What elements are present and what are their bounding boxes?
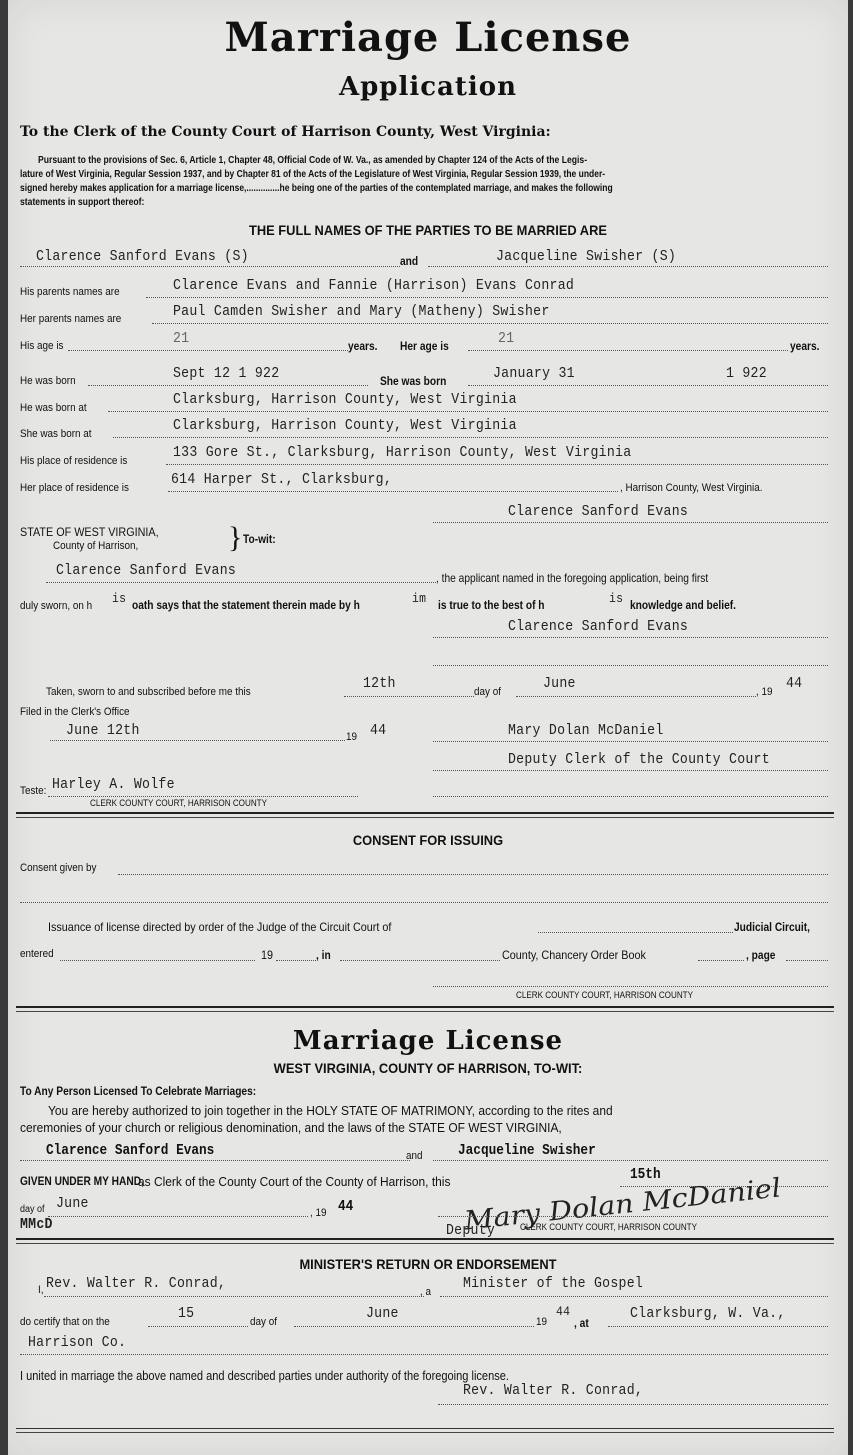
ceremony-place-2: Harrison Co. — [28, 1334, 126, 1351]
license-clerk-caption: CLERK COUNTY COURT, HARRISON COUNTY — [520, 1222, 697, 1232]
consent-given-field[interactable] — [118, 874, 828, 875]
document-title: Marriage License — [8, 14, 848, 61]
license-body-2: ceremonies of your church or religious d… — [20, 1120, 562, 1135]
sworn-text-b: oath says that the statement therein mad… — [132, 598, 360, 612]
consent-clerk-caption: CLERK COUNTY COURT, HARRISON COUNTY — [516, 990, 693, 1000]
taken-year-field[interactable]: 44 — [786, 675, 802, 692]
teste-name: Harley A. Wolfe — [52, 776, 175, 793]
in-label: , in — [316, 948, 331, 962]
page-label: , page — [746, 948, 775, 962]
teste-caption: CLERK COUNTY COURT, HARRISON COUNTY — [90, 798, 267, 808]
sworn-text-d: knowledge and belief. — [630, 598, 736, 612]
preamble-line-2: lature of West Virginia, Regular Session… — [20, 168, 605, 180]
united-text: I united in marriage the above named and… — [20, 1368, 509, 1383]
judicial-circuit-label: Judicial Circuit, — [734, 920, 810, 934]
entered-label: entered — [20, 948, 54, 960]
he-born-label: He was born — [20, 375, 76, 387]
license-and: and — [406, 1150, 423, 1162]
filed-year-prefix: 19 — [346, 731, 357, 743]
minister-name: Rev. Walter R. Conrad, — [46, 1275, 226, 1292]
filed-date-field[interactable]: June 12th — [66, 722, 140, 739]
teste-label: Teste: — [20, 785, 46, 797]
preamble-line-4: statements in support thereof: — [20, 196, 144, 208]
filed-label: Filed in the Clerk's Office — [20, 706, 130, 718]
certify-label: do certify that on the — [20, 1316, 110, 1328]
given-day: 15th — [630, 1166, 661, 1183]
bride-name-field[interactable]: Jacqueline Swisher (S) — [496, 248, 676, 265]
he-born-at-field[interactable]: Clarksburg, Harrison County, West Virgin… — [173, 391, 517, 408]
given-under-hand: GIVEN UNDER MY HAND, — [20, 1174, 144, 1188]
years-label-her: years. — [790, 339, 819, 353]
i-label: I, — [38, 1284, 44, 1296]
filed-year-field[interactable]: 44 — [370, 722, 386, 739]
her-residence-suffix: , Harrison County, West Virginia. — [620, 482, 763, 494]
his-residence-label: His place of residence is — [20, 455, 127, 467]
she-born-label: She was born — [380, 374, 446, 388]
she-born-at-label: She was born at — [20, 428, 92, 440]
he-born-field[interactable]: Sept 12 1 922 — [173, 365, 279, 382]
consent-given-label: Consent given by — [20, 862, 97, 874]
license-groom: Clarence Sanford Evans — [46, 1142, 214, 1159]
taken-year-prefix: , 19 — [756, 686, 773, 698]
oath-signature: Clarence Sanford Evans — [508, 618, 688, 635]
book-field[interactable] — [698, 960, 744, 961]
his-parents-field[interactable]: Clarence Evans and Fannie (Harrison) Eva… — [173, 277, 574, 294]
document-subtitle: Application — [8, 72, 848, 102]
preamble-line-1: Pursuant to the provisions of Sec. 6, Ar… — [38, 154, 587, 166]
sworn-text-c: is true to the best of h — [438, 598, 545, 612]
ceremony-year-prefix: 19 — [536, 1316, 547, 1328]
she-born-field[interactable]: January 31 — [493, 365, 575, 382]
divider — [16, 1428, 834, 1433]
license-title: Marriage License — [8, 1026, 848, 1056]
her-parents-field[interactable]: Paul Camden Swisher and Mary (Matheny) S… — [173, 303, 550, 320]
given-text: as Clerk of the County Court of the Coun… — [138, 1174, 450, 1189]
minister-title: Minister of the Gospel — [463, 1275, 643, 1292]
her-age-field[interactable]: 21 — [498, 330, 514, 347]
and-label: and — [400, 254, 418, 268]
at-label: , at — [574, 1316, 589, 1330]
a-label: , a — [420, 1286, 431, 1298]
state-label: STATE OF WEST VIRGINIA, — [20, 525, 159, 539]
names-heading: THE FULL NAMES OF THE PARTIES TO BE MARR… — [42, 222, 815, 238]
he-born-at-label: He was born at — [20, 402, 87, 414]
given-month: June — [56, 1195, 89, 1212]
divider — [16, 1238, 834, 1244]
license-bride: Jacqueline Swisher — [458, 1142, 596, 1159]
entered-date-field[interactable] — [60, 960, 255, 961]
taken-day-field[interactable]: 12th — [363, 675, 396, 692]
clerk-initials: MMcD — [20, 1216, 53, 1233]
applicant-text: , the applicant named in the foregoing a… — [436, 571, 708, 585]
groom-name-field[interactable]: Clarence Sanford Evans (S) — [36, 248, 249, 265]
page-field[interactable] — [786, 960, 828, 961]
given-year-prefix: , 19 — [310, 1207, 327, 1219]
years-label-his: years. — [348, 339, 377, 353]
ceremony-year: 44 — [556, 1304, 570, 1319]
day-of-label-2: day of — [20, 1204, 45, 1215]
brace-icon: } — [228, 521, 242, 555]
minister-heading: MINISTER'S RETURN OR ENDORSEMENT — [42, 1256, 815, 1272]
issuance-text: Issuance of license directed by order of… — [48, 920, 391, 934]
minister-signature: Rev. Walter R. Conrad, — [463, 1382, 643, 1399]
deputy-name: Mary Dolan McDaniel — [508, 722, 664, 739]
she-born-year-field[interactable]: 1 922 — [726, 365, 767, 382]
her-residence-field[interactable]: 614 Harper St., Clarksburg, — [171, 471, 392, 488]
ceremony-day: 15 — [178, 1305, 194, 1322]
his-her-1[interactable]: is — [112, 591, 126, 606]
her-parents-label: Her parents names are — [20, 313, 121, 325]
license-body-1: You are hereby authorized to join togeth… — [48, 1103, 613, 1118]
her-age-label: Her age is — [400, 339, 449, 353]
his-age-label: His age is — [20, 340, 63, 352]
his-parents-label: His parents names are — [20, 286, 120, 298]
circuit-court-field[interactable] — [538, 932, 733, 933]
him-her[interactable]: im — [412, 591, 426, 606]
given-year: 44 — [338, 1198, 353, 1215]
license-subtitle: WEST VIRGINIA, COUNTY OF HARRISON, TO-WI… — [42, 1060, 815, 1076]
county-field[interactable] — [340, 960, 500, 961]
his-age-field[interactable]: 21 — [173, 330, 189, 347]
address-line: To the Clerk of the County Court of Harr… — [20, 124, 551, 140]
sworn-text-a: duly sworn, on h — [20, 600, 92, 612]
deputy-title: Deputy Clerk of the County Court — [508, 751, 770, 768]
marriage-license-document: Marriage License Application To the Cler… — [8, 0, 848, 1455]
ceremony-place: Clarksburg, W. Va., — [630, 1305, 786, 1322]
towit-label: To-wit: — [243, 532, 276, 546]
oath-applicant-field[interactable]: Clarence Sanford Evans — [56, 562, 236, 579]
divider — [16, 1006, 834, 1012]
county-label: County of Harrison, — [53, 540, 138, 552]
preamble-line-3: signed hereby makes application for a ma… — [20, 182, 613, 194]
taken-label: Taken, sworn to and subscribed before me… — [46, 686, 251, 698]
his-residence-field[interactable]: 133 Gore St., Clarksburg, Harrison Count… — [173, 444, 631, 461]
taken-month-field[interactable]: June — [543, 675, 576, 692]
nineteen-label: 19 — [261, 948, 273, 962]
ceremony-month: June — [366, 1305, 399, 1322]
his-her-2[interactable]: is — [609, 591, 623, 606]
divider — [16, 812, 834, 818]
applicant-signature: Clarence Sanford Evans — [508, 503, 688, 520]
day-of-label: day of — [474, 686, 501, 698]
deputy-label: Deputy — [446, 1222, 495, 1239]
she-born-at-field[interactable]: Clarksburg, Harrison County, West Virgin… — [173, 417, 517, 434]
consent-heading: CONSENT FOR ISSUING — [42, 832, 815, 848]
her-residence-label: Her place of residence is — [20, 482, 129, 494]
chancery-label: County, Chancery Order Book — [502, 948, 646, 962]
to-any-person: To Any Person Licensed To Celebrate Marr… — [20, 1084, 256, 1098]
day-of-label-3: day of — [250, 1316, 277, 1328]
